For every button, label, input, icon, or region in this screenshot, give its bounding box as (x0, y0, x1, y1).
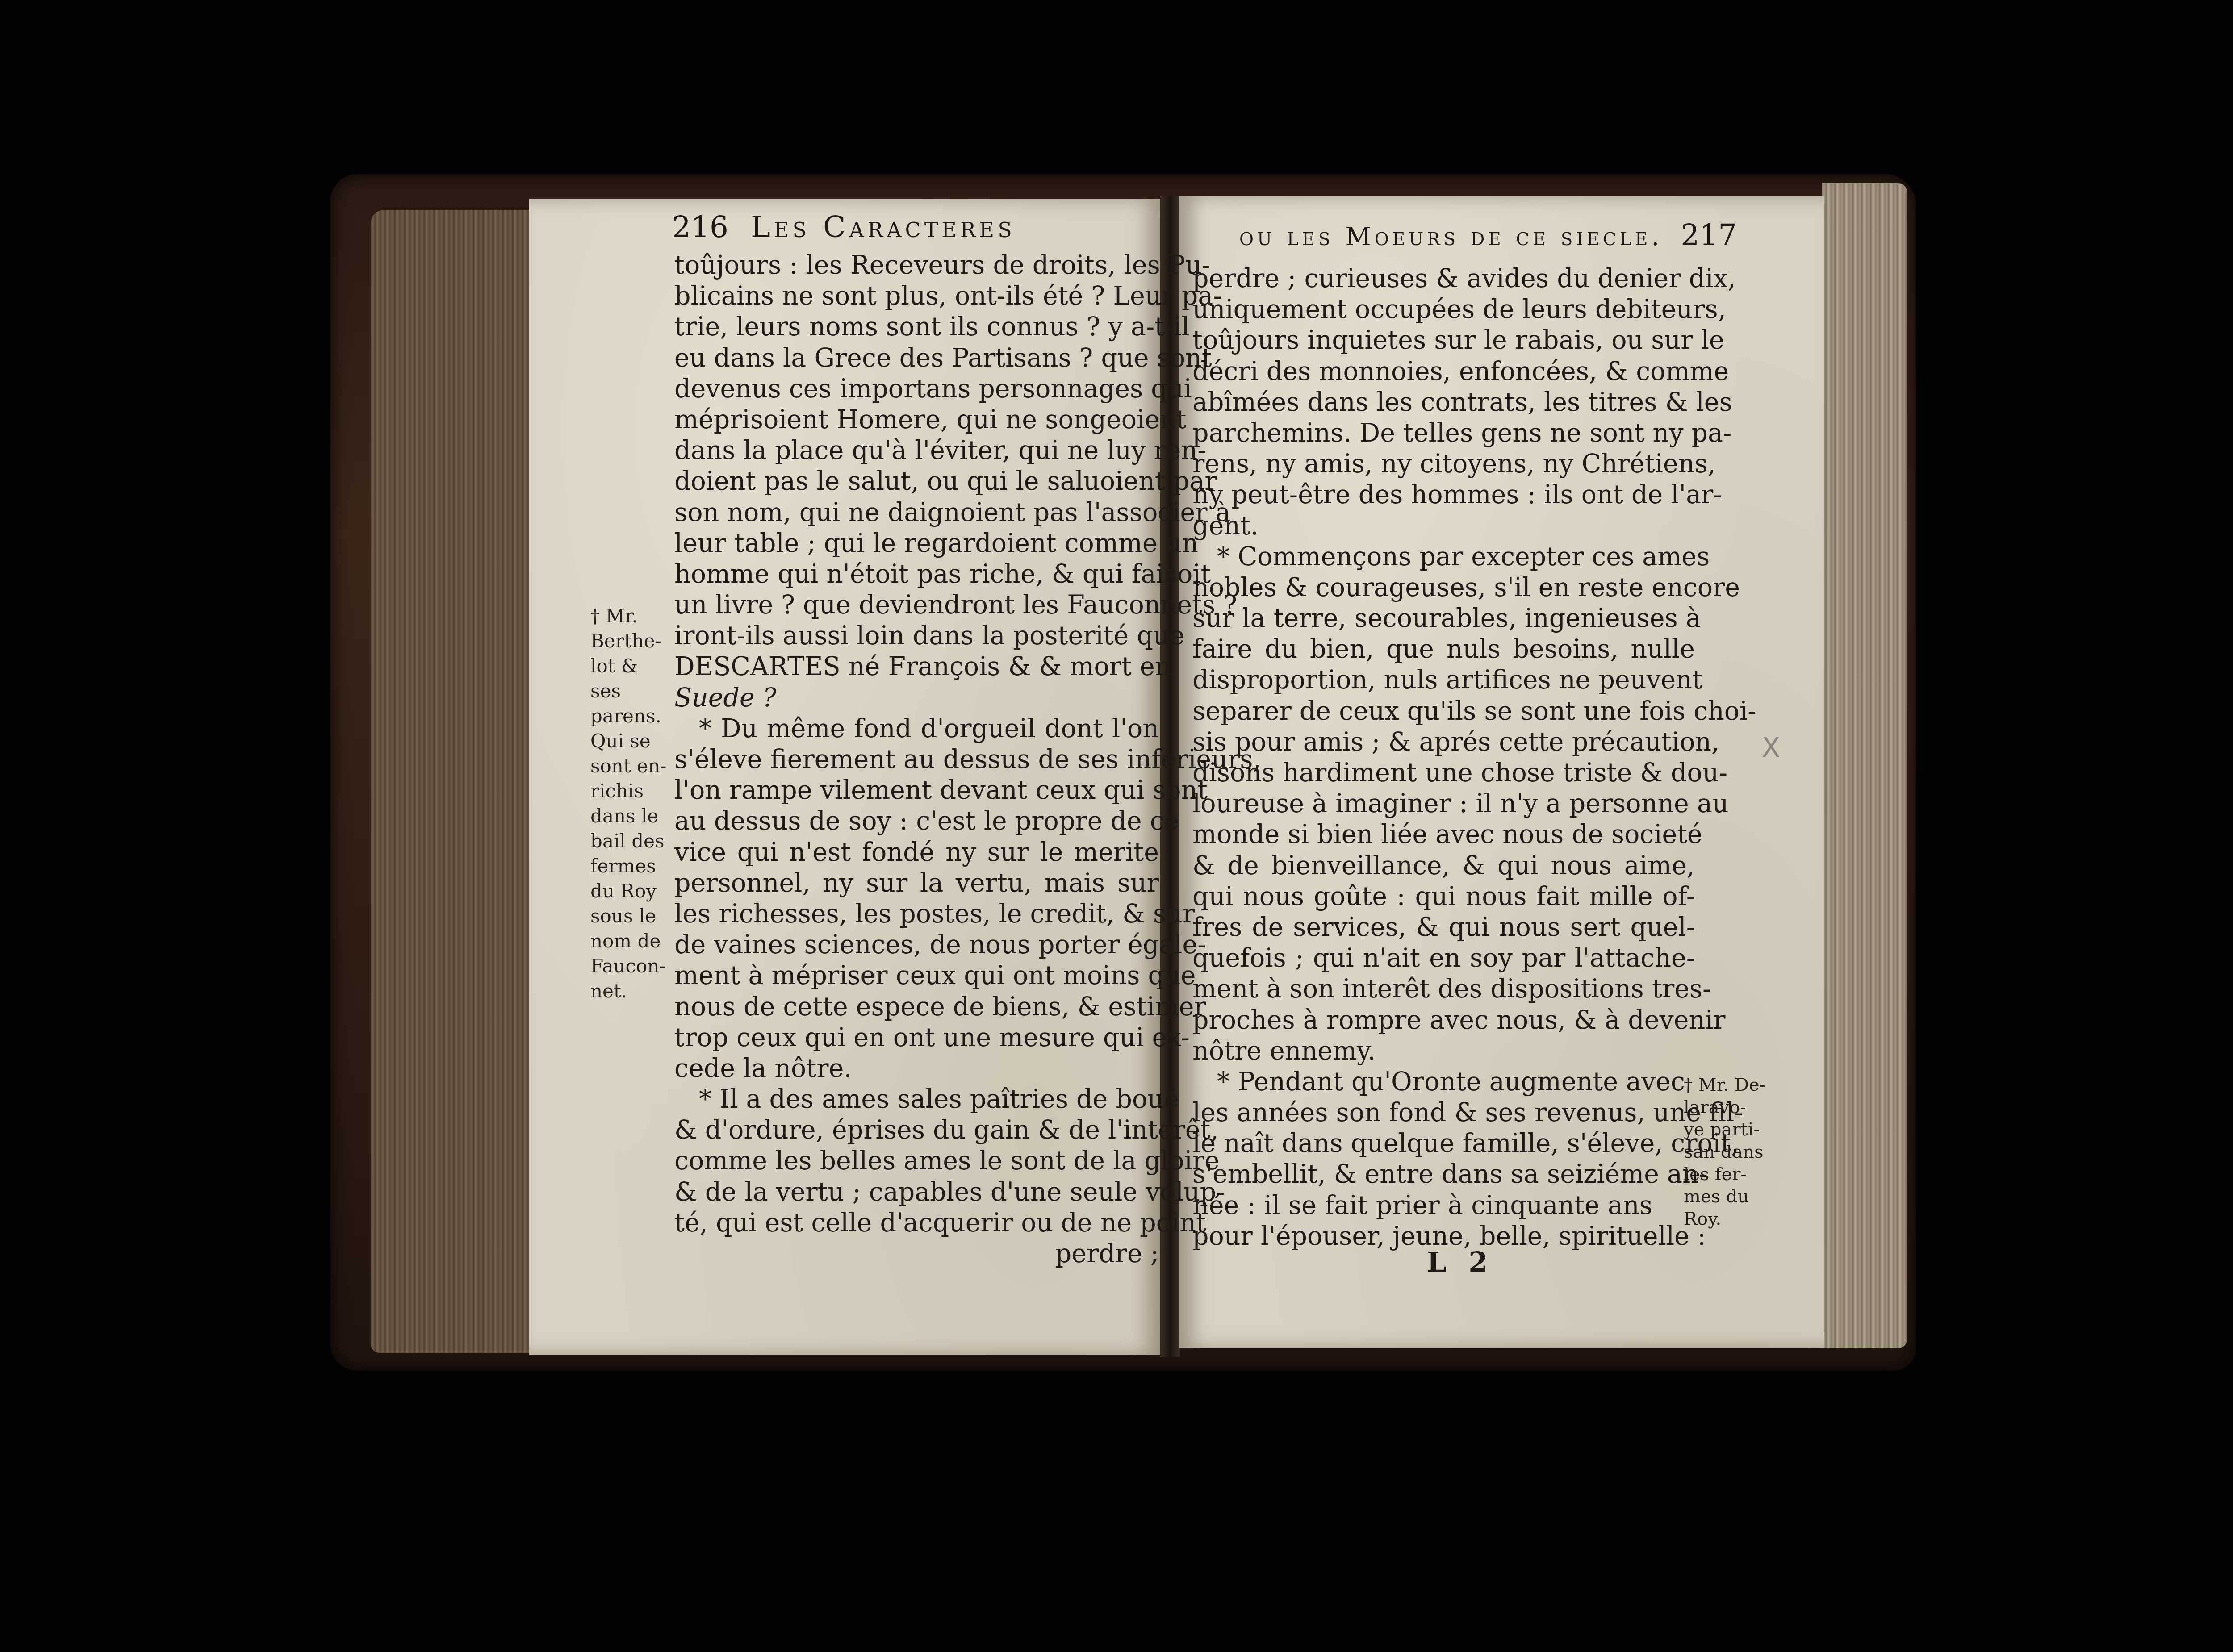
text-line: & de bienveillance, & qui nous aime, (1192, 851, 1695, 881)
signature-mark: L 2 (1427, 1246, 1494, 1278)
note-line: du Roy (590, 879, 669, 904)
text-line: disons hardiment une chose triste & dou- (1192, 758, 1695, 788)
text-line: blicains ne sont plus, ont-ils été ? Leu… (674, 281, 1159, 312)
note-line: laravo- (1684, 1096, 1766, 1118)
note-line: lot & ses (590, 654, 669, 704)
left-margin-note: † Mr. Berthe- lot & ses parens. Qui se s… (590, 604, 669, 1004)
text-line: toûjours inquietes sur le rabais, ou sur… (1192, 325, 1695, 356)
note-line: bail des (590, 829, 669, 854)
text-line: quefois ; qui n'ait en soy par l'attache… (1192, 943, 1695, 974)
right-margin-note: † Mr. De- laravo- ye parti- san dans les… (1684, 1074, 1766, 1230)
note-line: † Mr. De- (1684, 1074, 1766, 1096)
text-line: ment à mépriser ceux qui ont moins que (674, 960, 1159, 991)
right-running-head: ou les Moeurs de ce siecle.217 (1239, 218, 1737, 252)
text-line: * Il a des ames sales paîtries de bouë (674, 1084, 1159, 1115)
right-text-column: perdre ; curieuses & avides du denier di… (1192, 263, 1695, 1252)
right-running-title: ou les Moeurs de ce siecle. (1239, 222, 1663, 251)
text-line: les richesses, les postes, le credit, & … (674, 899, 1159, 930)
text-line: toûjours : les Receveurs de droits, les … (674, 250, 1159, 281)
text-line: & de la vertu ; capables d'une seule vol… (674, 1177, 1159, 1208)
text-line: leur table ; qui le regardoient comme un (674, 528, 1159, 559)
note-line: Berthe- (590, 629, 669, 654)
text-line: homme qui n'étoit pas riche, & qui faiso… (674, 559, 1159, 590)
text-line: fres de services, & qui nous sert quel- (1192, 912, 1695, 943)
left-running-head: 216Les Caracteres (672, 210, 1016, 244)
text-line: rens, ny amis, ny citoyens, ny Chrétiens… (1192, 449, 1695, 480)
text-line: de vaines sciences, de nous porter égale… (674, 930, 1159, 960)
text-line: s'embellit, & entre dans sa seiziéme an- (1192, 1159, 1652, 1190)
text-line: méprisoient Homere, qui ne songeoient (674, 405, 1159, 435)
note-line: ye parti- (1684, 1118, 1766, 1141)
text-line: un livre ? que deviendront les Fauconnet… (674, 590, 1159, 621)
text-line: parchemins. De telles gens ne sont ny pa… (1192, 418, 1695, 449)
text-line: trie, leurs noms sont ils connus ? y a-t… (674, 312, 1159, 342)
text-line: * Pendant qu'Oronte augmente avec (1192, 1067, 1650, 1097)
note-line: nom de (590, 929, 669, 954)
text-line: faire du bien, que nuls besoins, nulle (1192, 634, 1695, 665)
note-line: les fer- (1684, 1163, 1766, 1185)
left-page-block-edge (371, 210, 531, 1353)
note-line: † Mr. (590, 604, 669, 629)
text-line: disproportion, nuls artifices ne peuvent (1192, 665, 1695, 696)
text-line: * Commençons par excepter ces ames (1192, 542, 1695, 572)
text-line: sur la terre, secourables, ingenieuses à (1192, 603, 1695, 634)
note-line: san dans (1684, 1141, 1766, 1163)
text-line: té, qui est celle d'acquerir ou de ne po… (674, 1208, 1159, 1239)
text-line: comme les belles ames le sont de la gloi… (674, 1146, 1159, 1176)
text-line: gent. (1192, 511, 1695, 542)
note-line: parens. (590, 704, 669, 729)
text-line: & d'ordure, éprises du gain & de l'inter… (674, 1115, 1159, 1146)
note-line: Faucon- (590, 954, 669, 979)
pencil-x-mark: X (1762, 732, 1780, 763)
note-line: richis (590, 779, 669, 804)
text-line: au dessus de soy : c'est le propre de ce (674, 806, 1159, 837)
text-line: doient pas le salut, ou qui le saluoient… (674, 466, 1159, 497)
text-line: Suede ? (674, 683, 1159, 713)
note-line: fermes (590, 854, 669, 879)
left-text-column: toûjours : les Receveurs de droits, les … (674, 250, 1159, 1269)
text-line: perdre ; curieuses & avides du denier di… (1192, 263, 1695, 294)
text-line: l'on rampe vilement devant ceux qui sont (674, 775, 1159, 806)
text-line: personnel, ny sur la vertu, mais sur (674, 868, 1159, 899)
note-line: dans le (590, 804, 669, 829)
text-line: les années son fond & ses revenus, une f… (1192, 1097, 1652, 1128)
text-line: son nom, qui ne daignoient pas l'associe… (674, 497, 1159, 528)
text-line: qui nous goûte : qui nous fait mille of- (1192, 881, 1695, 912)
right-page-block-edge (1822, 183, 1907, 1348)
note-line: net. (590, 979, 669, 1004)
text-line: trop ceux qui en ont une mesure qui ex- (674, 1022, 1159, 1053)
text-line: ment à son interêt des dispositions tres… (1192, 974, 1695, 1005)
text-line: eu dans la Grece des Partisans ? que son… (674, 343, 1159, 374)
text-line: abîmées dans les contrats, les titres & … (1192, 387, 1695, 418)
left-running-title: Les Caracteres (751, 210, 1016, 244)
text-line: nôtre ennemy. (1192, 1036, 1695, 1067)
note-line: Qui se (590, 729, 669, 754)
note-line: sont en- (590, 754, 669, 779)
catchword: perdre ; (674, 1239, 1159, 1269)
text-line: proches à rompre avec nous, & à devenir (1192, 1005, 1695, 1036)
text-line: monde si bien liée avec nous de societé (1192, 819, 1695, 850)
right-page-number: 217 (1681, 218, 1737, 252)
text-line: separer de ceux qu'ils se sont une fois … (1192, 696, 1695, 727)
left-page-number: 216 (672, 210, 728, 244)
text-line: née : il se fait prier à cinquante ans (1192, 1190, 1652, 1221)
text-line: loureuse à imaginer : il n'y a personne … (1192, 788, 1695, 819)
text-line: sis pour amis ; & aprés cette précaution… (1192, 727, 1695, 758)
note-line: Roy. (1684, 1208, 1766, 1230)
text-line: uniquement occupées de leurs debiteurs, (1192, 294, 1695, 325)
text-line: * Du même fond d'orgueil dont l'on (674, 713, 1159, 744)
text-line: nous de cette espece de biens, & estimer (674, 992, 1159, 1022)
text-line: nobles & courageuses, s'il en reste enco… (1192, 572, 1695, 603)
note-line: mes du (1684, 1185, 1766, 1208)
note-line: sous le (590, 904, 669, 929)
text-line: devenus ces importans personnages qui (674, 374, 1159, 405)
text-line: cede la nôtre. (674, 1053, 1159, 1084)
text-line: le naît dans quelque famille, s'éleve, c… (1192, 1128, 1652, 1159)
text-line: ny peut-être des hommes : ils ont de l'a… (1192, 480, 1695, 510)
text-line: s'éleve fierement au dessus de ses infer… (674, 744, 1159, 775)
text-line: décri des monnoies, enfoncées, & comme (1192, 356, 1695, 387)
text-line: DESCARTES né François & & mort en (674, 651, 1159, 682)
text-line: vice qui n'est fondé ny sur le merite (674, 837, 1159, 868)
text-line: dans la place qu'à l'éviter, qui ne luy … (674, 435, 1159, 466)
text-line: iront-ils aussi loin dans la posterité q… (674, 621, 1159, 651)
